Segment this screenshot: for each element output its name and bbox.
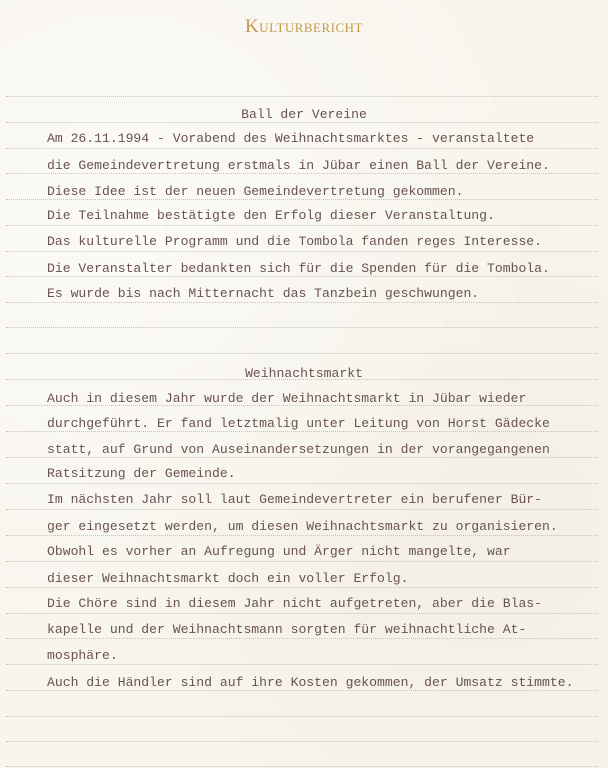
section-heading: Ball der Vereine	[0, 107, 608, 123]
ruled-line	[6, 587, 598, 588]
text-line: Die Chöre sind in diesem Jahr nicht aufg…	[47, 596, 542, 612]
text-line: Diese Idee ist der neuen Gemeindevertret…	[47, 184, 463, 200]
text-line: kapelle und der Weihnachtsmann sorgten f…	[47, 622, 526, 638]
ruled-line	[6, 353, 598, 354]
text-line: Es wurde bis nach Mitternacht das Tanzbe…	[47, 286, 479, 302]
text-line: Obwohl es vorher an Aufregung und Ärger …	[47, 544, 511, 560]
ruled-line	[6, 509, 598, 510]
section-heading: Weihnachtsmarkt	[0, 366, 608, 382]
text-line: Die Veranstalter bedankten sich für die …	[47, 261, 550, 277]
text-line: ger eingesetzt werden, um diesen Weihnac…	[47, 519, 558, 535]
ruled-line	[6, 741, 598, 742]
text-line: Ratsitzung der Gemeinde.	[47, 466, 236, 482]
text-line: dieser Weihnachtsmarkt doch ein voller E…	[47, 571, 408, 587]
text-line: statt, auf Grund von Auseinandersetzunge…	[47, 442, 550, 458]
text-line: Im nächsten Jahr soll laut Gemeindevertr…	[47, 492, 542, 508]
ruled-line	[6, 96, 598, 97]
ruled-line	[6, 535, 598, 536]
text-line: mosphäre.	[47, 648, 118, 664]
text-line: Auch in diesem Jahr wurde der Weihnachts…	[47, 391, 526, 407]
text-line: die Gemeindevertretung erstmals in Jübar…	[47, 158, 550, 174]
ruled-line	[6, 327, 598, 328]
ruled-line	[6, 148, 598, 149]
ruled-line	[6, 716, 598, 717]
ruled-line	[6, 561, 598, 562]
ruled-line	[6, 613, 598, 614]
ruled-line	[6, 664, 598, 665]
ruled-line	[6, 225, 598, 226]
text-line: Die Teilnahme bestätigte den Erfolg dies…	[47, 208, 495, 224]
ruled-line	[6, 483, 598, 484]
document-page: Kulturbericht Ball der Vereine Am 26.11.…	[0, 0, 608, 768]
text-line: durchgeführt. Er fand letztmalig unter L…	[47, 416, 550, 432]
page-title: Kulturbericht	[0, 16, 608, 38]
ruled-line	[6, 251, 598, 252]
ruled-line	[6, 766, 598, 767]
ruled-line	[6, 302, 598, 303]
text-line: Am 26.11.1994 - Vorabend des Weihnachtsm…	[47, 131, 534, 147]
ruled-line	[6, 638, 598, 639]
text-line: Auch die Händler sind auf ihre Kosten ge…	[47, 675, 573, 691]
text-line: Das kulturelle Programm und die Tombola …	[47, 234, 542, 250]
